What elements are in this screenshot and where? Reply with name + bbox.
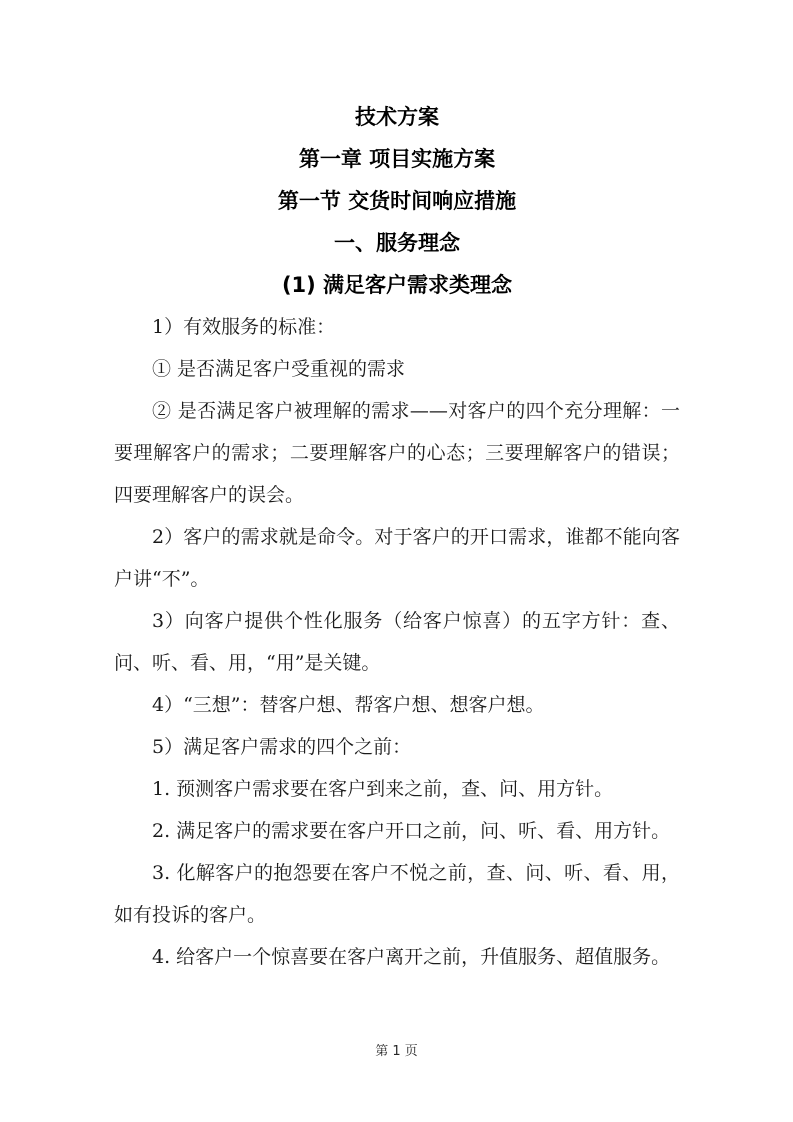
paragraph: 3. 化解客户的抱怨要在客户不悦之前，查、问、听、看、用，如有投诉的客户。 (114, 852, 680, 936)
doc-title: 技术方案 (114, 96, 680, 138)
subsection-heading: 一、服务理念 (114, 222, 680, 264)
paragraph: 5）满足客户需求的四个之前： (114, 726, 680, 768)
section-heading: 第一节 交货时间响应措施 (114, 180, 680, 222)
item-heading: (1) 满足客户需求类理念 (114, 264, 680, 306)
document-page: 技术方案 第一章 项目实施方案 第一节 交货时间响应措施 一、服务理念 (1) … (0, 0, 793, 1122)
paragraph: 2）客户的需求就是命令。对于客户的开口需求，谁都不能向客户讲“不”。 (114, 516, 680, 600)
paragraph: 4. 给客户一个惊喜要在客户离开之前，升值服务、超值服务。 (114, 936, 680, 978)
page-number: 第 1 页 (0, 1031, 793, 1073)
paragraph: 1. 预测客户需求要在客户到来之前，查、问、用方针。 (114, 768, 680, 810)
paragraph: 3）向客户提供个性化服务（给客户惊喜）的五字方针：查、问、听、看、用，“用”是关… (114, 600, 680, 684)
paragraph: 2. 满足客户的需求要在客户开口之前，问、听、看、用方针。 (114, 810, 680, 852)
paragraph: 4）“三想”：替客户想、帮客户想、想客户想。 (114, 684, 680, 726)
chapter-heading: 第一章 项目实施方案 (114, 138, 680, 180)
paragraph: 1）有效服务的标准： (114, 306, 680, 348)
paragraph: ① 是否满足客户受重视的需求 (114, 348, 680, 390)
paragraph: ② 是否满足客户被理解的需求——对客户的四个充分理解：一要理解客户的需求；二要理… (114, 390, 680, 516)
document-content: 技术方案 第一章 项目实施方案 第一节 交货时间响应措施 一、服务理念 (1) … (0, 0, 793, 978)
